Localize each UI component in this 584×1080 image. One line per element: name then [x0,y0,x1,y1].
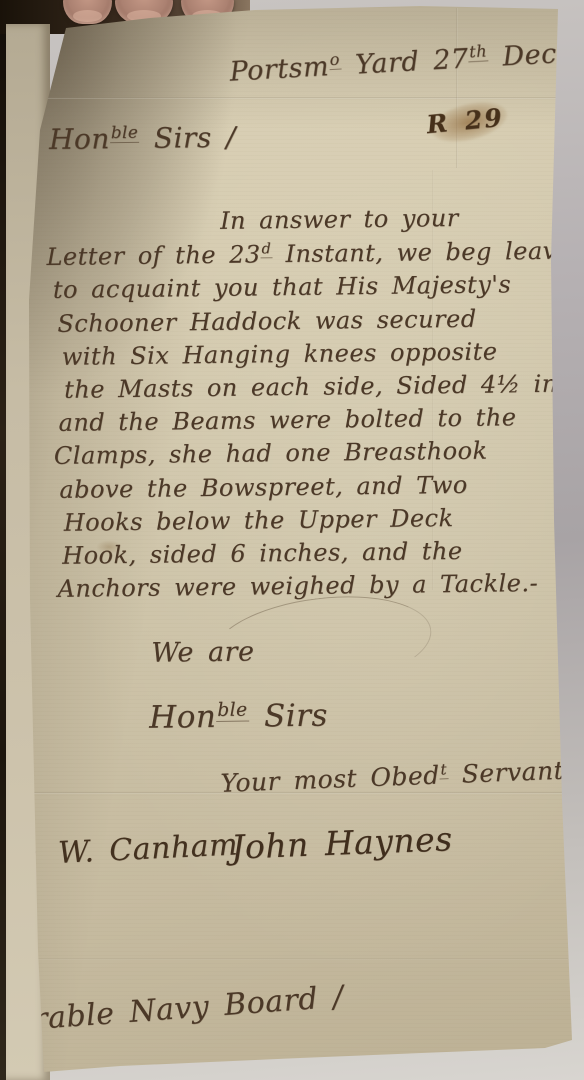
closing-text: Your most Obed [220,760,440,797]
docket-mark: R 29 [425,103,505,140]
dateline-text: Dec [488,38,558,73]
body-text: Letter of the 23 [46,240,260,271]
salutation: Honble Sirs / [49,121,236,156]
dateline-superscript: th [468,41,489,62]
salutation-superscript: ble [110,122,140,143]
salutation-text: Sirs / [139,121,236,155]
body-line: Clamps, she had one Breasthook [54,437,488,470]
dateline-text: 1805 [566,33,584,69]
closing-honble-sirs: Honble Sirs [149,698,328,736]
body-line: to acquaint you that His Majesty's [53,270,512,304]
dateline: Portsmo Yard 27th Decr 1805 [229,33,584,88]
body-line: above the Bowspreet, and Two [59,471,468,504]
body-line: with Six Hanging knees opposite [62,337,498,370]
dateline-text: Portsm [229,51,330,88]
closing-text: Sirs [248,698,328,735]
closing-text: Hon [149,699,217,736]
body-line: and the Beams were bolted to the [58,403,516,437]
closing-we-are: We are [151,636,254,668]
closing-superscript: ble [216,699,249,721]
body-line: the Masts on each side, Sided 4½ ins [64,370,571,404]
dateline-superscript: r [556,37,567,58]
dateline-superscript: o [328,50,341,71]
dateline-text: Yard 27 [340,43,469,81]
closing-obedient-servants: Your most Obedt Servants [220,755,578,798]
handwritten-text-layer: Portsmo Yard 27th Decr 1805 R 29 Honble … [0,0,584,1080]
letter-paper: Portsmo Yard 27th Decr 1805 R 29 Honble … [0,0,584,1080]
body-line: In answer to your [220,204,459,235]
body-superscript: d [261,241,273,258]
signature-canham: W. Canham [57,827,238,870]
body-text: Instant, we beg leave [272,237,571,269]
signature-haynes: John Haynes [230,819,453,866]
salutation-text: Hon [49,122,110,156]
letter-photo: Portsmo Yard 27th Decr 1805 R 29 Honble … [0,0,584,1080]
body-line: Schooner Haddock was secured [57,305,477,338]
body-line: Hook, sided 6 inches, and the [62,537,463,570]
closing-text: Servants [448,755,578,789]
body-line: Hooks below the Upper Deck [64,504,454,537]
body-line: Letter of the 23d Instant, we beg leave [46,237,571,271]
body-line: Anchors were weighed by a Tackle.- [57,569,538,603]
address-navy-board: orable Navy Board / [14,979,345,1038]
